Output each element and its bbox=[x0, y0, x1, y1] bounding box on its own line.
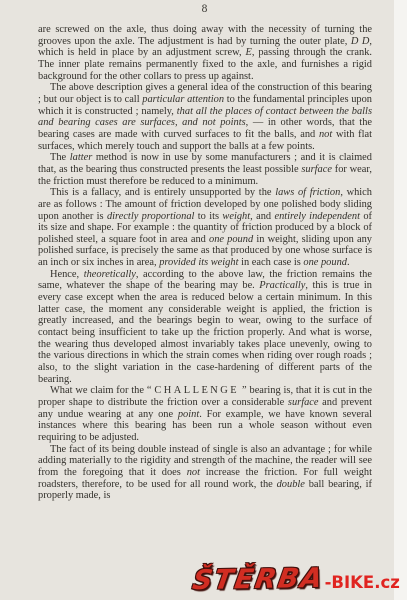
text-segment: , this is true in every case except when… bbox=[38, 280, 372, 384]
text-segment: What we claim for the “ bbox=[50, 385, 154, 396]
text-segment: latter bbox=[70, 152, 93, 163]
watermark-brand-logo: ŠTĚRBA bbox=[191, 565, 326, 594]
text-segment: surface bbox=[288, 397, 319, 408]
text-segment: D D bbox=[351, 36, 370, 47]
text-segment: weight bbox=[222, 211, 250, 222]
page-number: 8 bbox=[38, 3, 372, 15]
paragraph: are screwed on the axle, thus doing away… bbox=[38, 24, 372, 82]
text-segment: one pound bbox=[209, 234, 253, 245]
text-segment: double bbox=[277, 479, 305, 490]
paragraph: This is a fallacy, and is entirely unsup… bbox=[38, 187, 372, 269]
text-segment: . bbox=[347, 257, 350, 268]
text-segment: to its bbox=[194, 211, 222, 222]
text-segment: not bbox=[187, 467, 200, 478]
text-segment: one pound bbox=[303, 257, 347, 268]
text-segment: point bbox=[178, 409, 199, 420]
scanned-book-page: 8 are screwed on the axle, thus doing aw… bbox=[0, 0, 407, 600]
paragraph: Hence, theoretically, according to the a… bbox=[38, 269, 372, 386]
text-segment: provided its weight bbox=[159, 257, 238, 268]
text-segment: laws of friction bbox=[275, 187, 340, 198]
text-segment: not bbox=[319, 129, 332, 140]
text-segment: surface bbox=[301, 164, 332, 175]
paragraph: The fact of its being double instead of … bbox=[38, 444, 372, 502]
text-segment: entirely independent bbox=[274, 211, 360, 222]
text-segment: , and bbox=[250, 211, 274, 222]
paragraph: The latter method is now in use by some … bbox=[38, 152, 372, 187]
watermark: ŠTĚRBA -BIKE.cz bbox=[193, 566, 400, 593]
text-segment: theoretically bbox=[84, 269, 136, 280]
text-segment: in each case is bbox=[238, 257, 303, 268]
text-segment: CHALLENGE bbox=[154, 385, 239, 396]
text-segment: Practically bbox=[259, 280, 305, 291]
text-segment: are screwed on the axle, thus doing away… bbox=[38, 24, 372, 47]
scan-edge-strip bbox=[394, 0, 407, 600]
text-segment: directly proportional bbox=[107, 211, 194, 222]
paragraph: What we claim for the “ CHALLENGE ” bear… bbox=[38, 385, 372, 443]
watermark-site-suffix: -BIKE.cz bbox=[325, 575, 400, 592]
paragraph: The above description gives a general id… bbox=[38, 82, 372, 152]
text-segment: The bbox=[50, 152, 70, 163]
body-text-block: are screwed on the axle, thus doing away… bbox=[38, 24, 372, 502]
text-segment: This is a fallacy, and is entirely unsup… bbox=[50, 187, 275, 198]
text-segment: Hence, bbox=[50, 269, 84, 280]
text-segment: particular attention bbox=[142, 94, 224, 105]
